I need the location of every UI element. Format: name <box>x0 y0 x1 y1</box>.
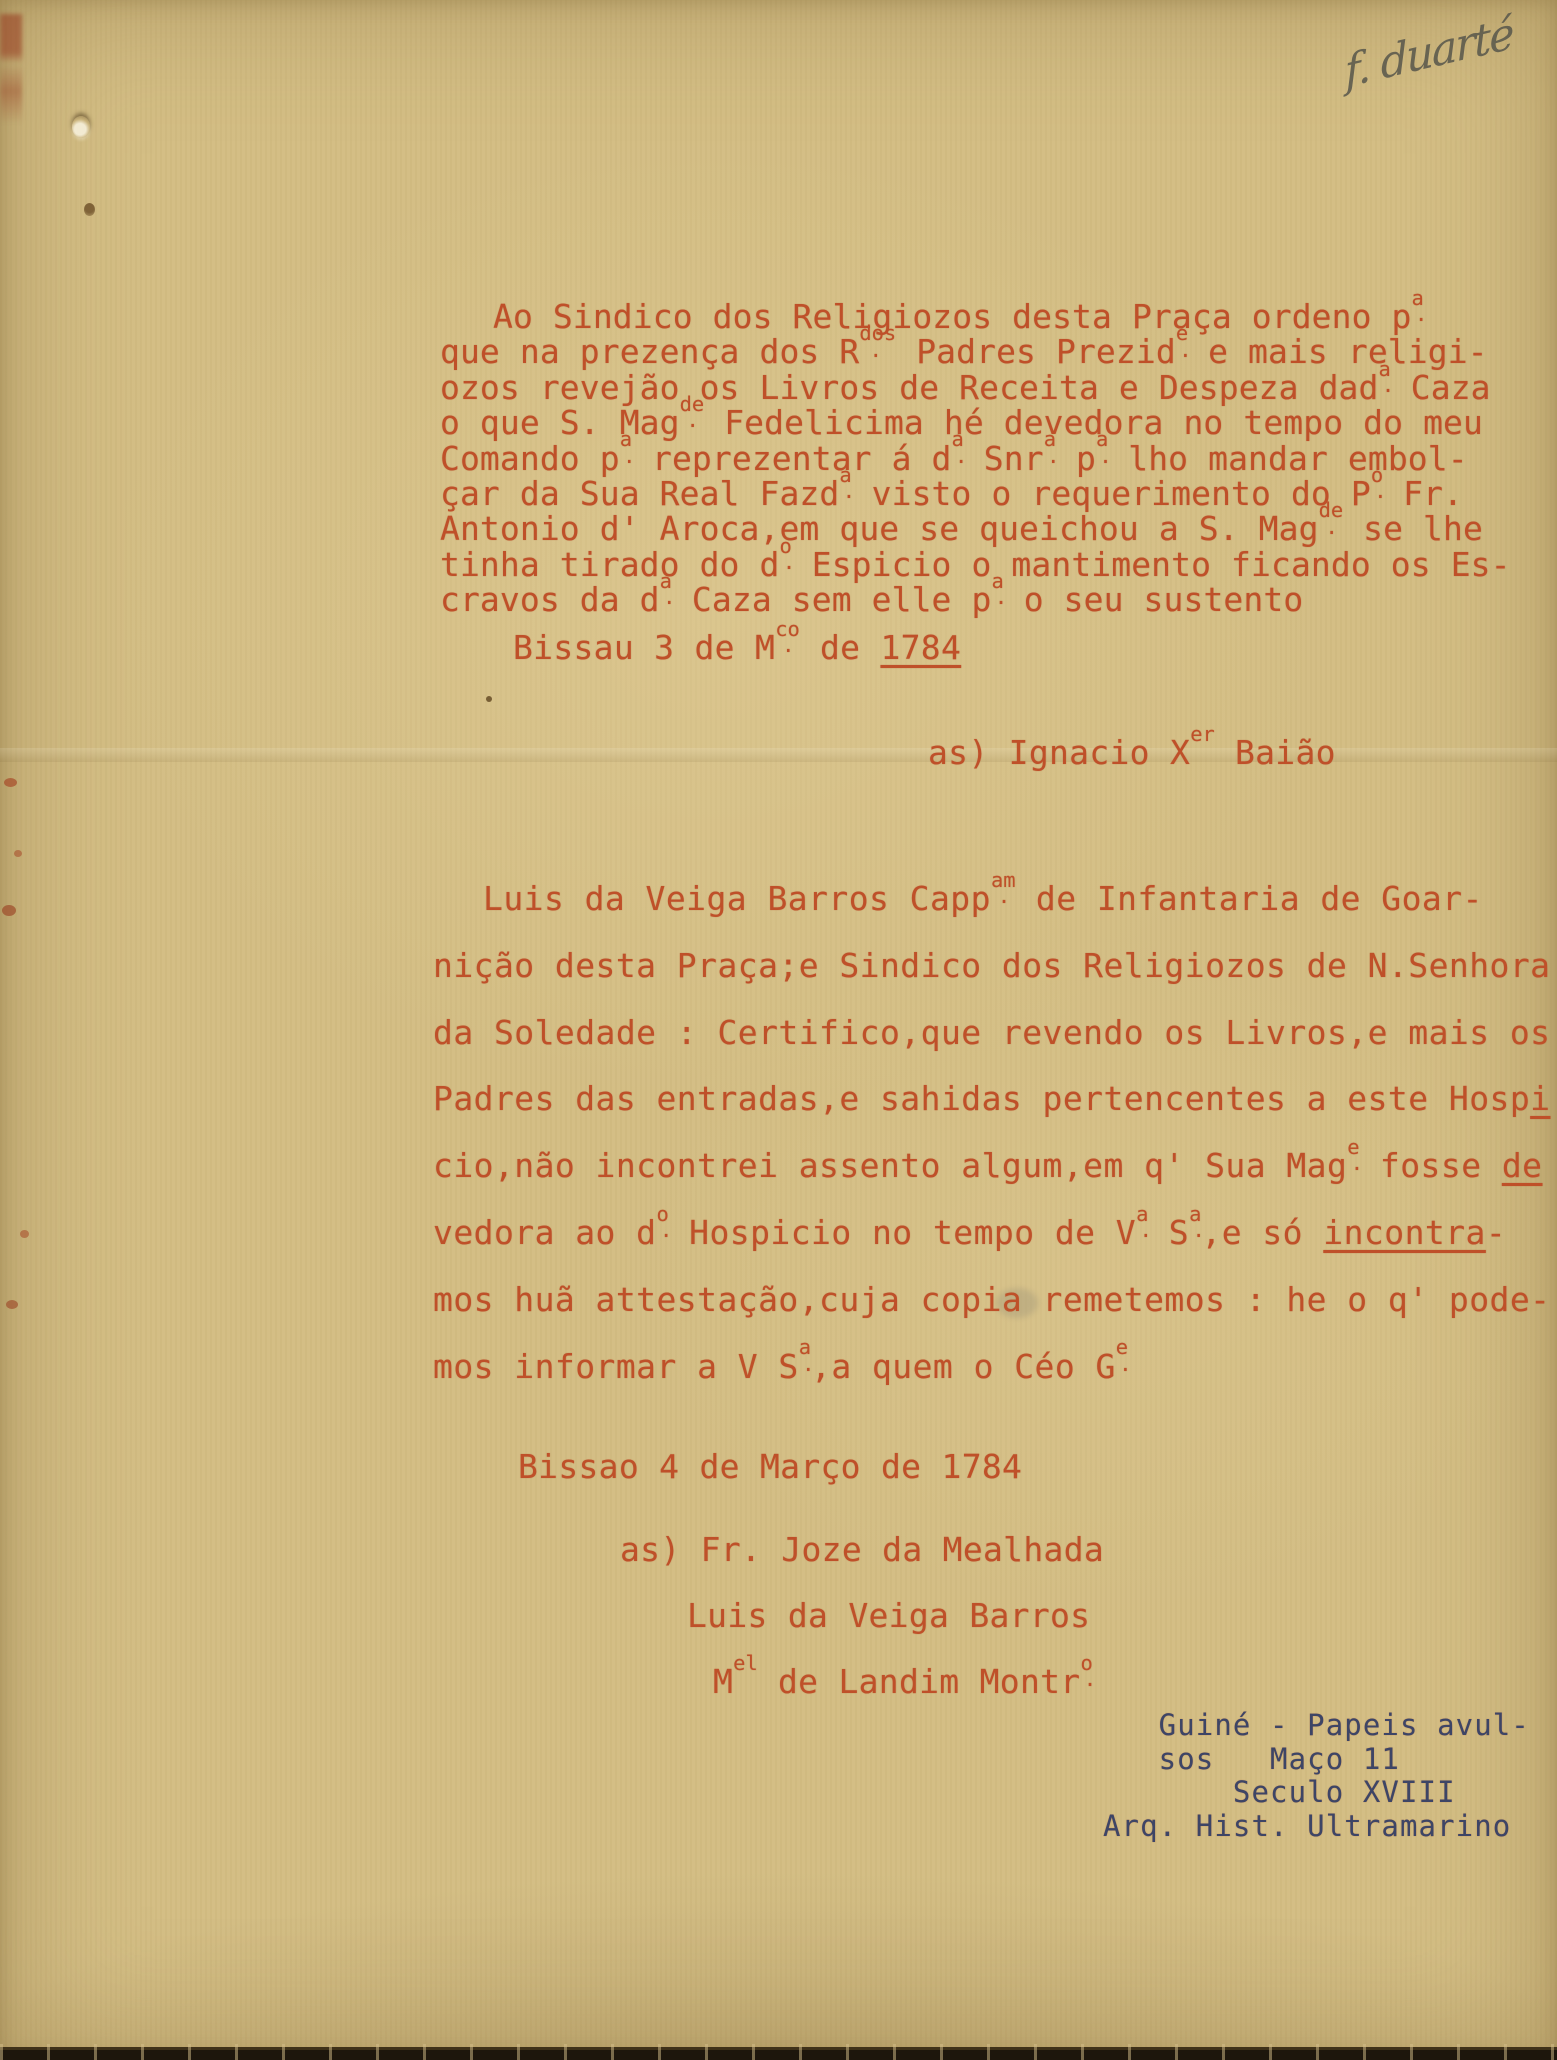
order-line: o que S. Magde Fedelicima hé devedora no… <box>440 405 1511 440</box>
certificate-signature: Mel de Landim Montro <box>620 1649 1104 1715</box>
paper-stain <box>14 850 22 857</box>
order-line: Antonio d' Aroca,em que se queichou a S.… <box>440 511 1511 546</box>
certificate-line: cio,não incontrei assento algum,em q' Su… <box>433 1133 1550 1200</box>
certificate-line: mos huã attestação,cuja copia remetemos … <box>433 1267 1550 1334</box>
paper-stain <box>486 696 492 702</box>
order-line: que na prezença dos Rdos Padres Prezide … <box>440 334 1511 369</box>
order-line: Comando pa reprezentar á da Snra pa lho … <box>440 441 1511 476</box>
order-dateline: Bissau 3 de Mco de 1784 <box>513 628 961 667</box>
paper-bottom-edge <box>0 2044 1557 2060</box>
handwritten-annotation: f. duarté <box>1343 0 1557 98</box>
certificate-signatures: as) Fr. Joze da Mealhada Luis da Veiga B… <box>620 1517 1104 1715</box>
order-paragraph: Ao Sindico dos Religiozos desta Praça or… <box>440 299 1511 618</box>
archive-stamp-line: sos Maço 11 <box>1103 1743 1530 1777</box>
order-line: Ao Sindico dos Religiozos desta Praça or… <box>440 299 1511 334</box>
order-line: ozos revejão os Livros de Receita e Desp… <box>440 370 1511 405</box>
certificate-line: Luis da Veiga Barros Cappam de Infantari… <box>433 866 1550 933</box>
document-page: f. duarté Ao Sindico dos Religiozos dest… <box>0 0 1557 2060</box>
certificate-paragraph: Luis da Veiga Barros Cappam de Infantari… <box>433 866 1550 1400</box>
paper-stain <box>20 1230 29 1238</box>
order-line: çar da Sua Real Fazda visto o requerimen… <box>440 476 1511 511</box>
certificate-line: da Soledade : Certifico,que revendo os L… <box>433 1000 1550 1067</box>
paper-hole <box>84 203 95 216</box>
paper-hole <box>72 116 90 138</box>
order-line: cravos da da Caza sem elle pa o seu sust… <box>440 582 1511 617</box>
archive-stamp-line: Arq. Hist. Ultramarino <box>1103 1810 1530 1844</box>
certificate-signature: Luis da Veiga Barros <box>620 1583 1104 1649</box>
certificate-line: mos informar a V Sa,a quem o Céo Ge <box>433 1334 1550 1401</box>
archive-stamp-line: Guiné - Papeis avul- <box>1103 1709 1530 1743</box>
certificate-line: vedora ao do Hospicio no tempo de Va Sa,… <box>433 1200 1550 1267</box>
certificate-line: Padres das entradas,e sahidas pertencent… <box>433 1066 1550 1133</box>
archive-stamp-line: Seculo XVIII <box>1103 1776 1530 1810</box>
certificate-line: nição desta Praça;e Sindico dos Religioz… <box>433 933 1550 1000</box>
order-signature: as) Ignacio Xer Baião <box>928 733 1336 772</box>
paper-stain <box>2 905 16 916</box>
certificate-dateline: Bissao 4 de Março de 1784 <box>518 1447 1022 1486</box>
archive-stamp: Guiné - Papeis avul- sos Maço 11 Seculo … <box>1103 1709 1530 1843</box>
certificate-signature: as) Fr. Joze da Mealhada <box>620 1517 1104 1583</box>
paper-stain <box>0 14 22 124</box>
order-line: tinha tirado do do Espicio o mantimento … <box>440 547 1511 582</box>
paper-stain <box>4 778 17 787</box>
paper-stain <box>6 1300 18 1309</box>
